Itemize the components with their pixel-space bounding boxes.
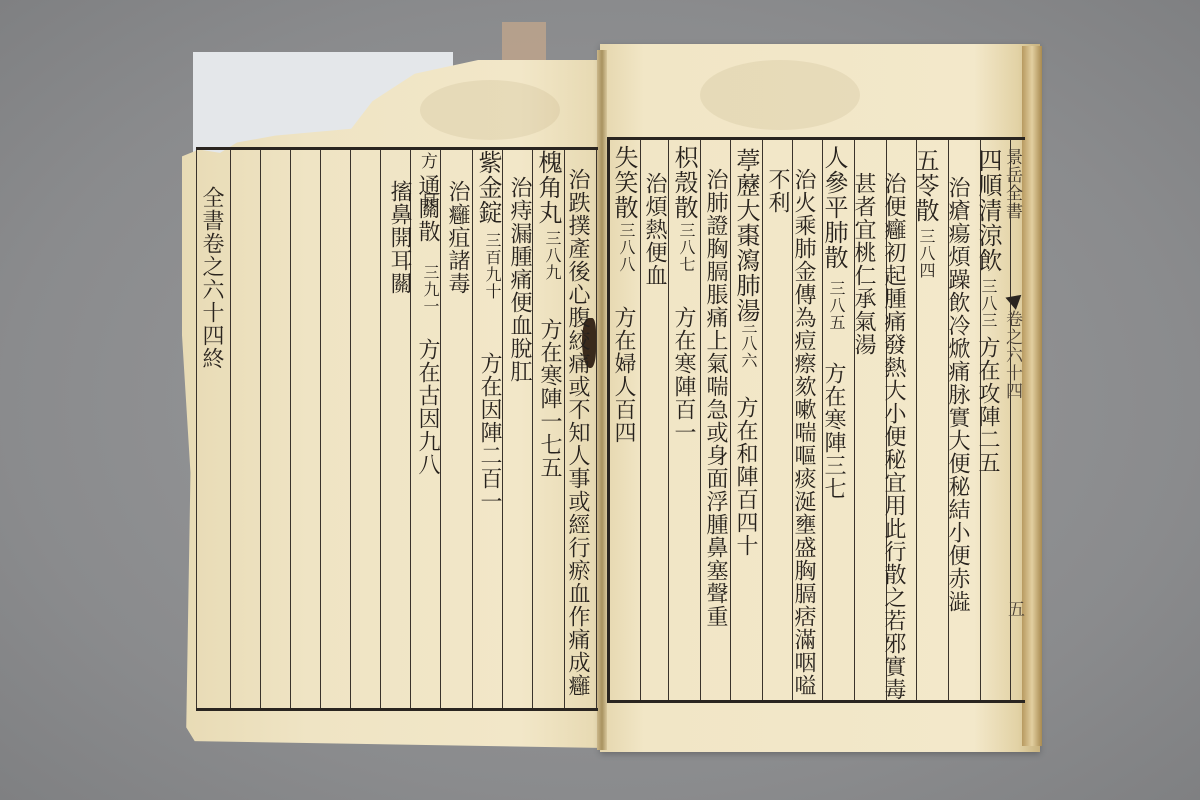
left-col-4-number: 三百九十 bbox=[484, 232, 500, 300]
right-col-11-ref: 方在寒陣百一 bbox=[672, 306, 694, 444]
left-margin-title: 全書卷之六十四終 bbox=[200, 186, 222, 370]
right-col-11-number: 三八七 bbox=[678, 222, 694, 273]
left-col-4-ref: 方在因陣二百一 bbox=[478, 352, 500, 513]
right-col-3-number: 三八四 bbox=[918, 228, 934, 279]
right-col-8: 不利 bbox=[766, 168, 788, 214]
right-col-6-title: 人參平肺散 bbox=[822, 145, 846, 270]
right-col-6-ref: 方在寒陣三七 bbox=[822, 362, 844, 500]
right-col-1-title: 四順清涼飲 bbox=[976, 148, 1000, 273]
right-margin-title: 景岳全書 bbox=[1003, 148, 1020, 220]
right-col-12: 治煩熱便血 bbox=[643, 172, 665, 287]
right-col-9-title: 葶藶大棗瀉肺湯 bbox=[734, 148, 758, 323]
left-col-5: 治癰疽諸毒 bbox=[446, 180, 468, 295]
right-col-6-number: 三八五 bbox=[828, 280, 844, 331]
right-col-9-number: 三八六 bbox=[740, 318, 756, 369]
left-col-6-number: 三九一 bbox=[422, 264, 438, 315]
right-col-9-ref: 方在和陣百四十 bbox=[734, 396, 756, 557]
right-col-2: 治瘡瘍煩躁飲冷焮痛脉實大便秘結小便赤澁 bbox=[946, 176, 968, 613]
right-col-10: 治肺證胸膈脹痛上氣喘急或身面浮腫鼻塞聲重 bbox=[704, 168, 726, 628]
right-col-5: 甚者宜桃仁承氣湯 bbox=[852, 172, 874, 356]
right-col-1-number: 三八三 bbox=[980, 278, 996, 329]
left-col-6-title: 通關散 bbox=[416, 174, 438, 243]
left-col-1: 治跌撲產後心腹絞痛或不知人事或經行瘀血作痛成癰 bbox=[566, 168, 588, 697]
right-col-13-ref: 方在婦人百四 bbox=[612, 306, 634, 444]
right-col-7: 治火乘肺金傳為痘瘵欬嗽喘嘔痰涎壅盛胸膈痞滿咽嗌 bbox=[792, 168, 814, 697]
right-col-3-title: 五苓散 bbox=[913, 148, 937, 223]
left-col-2-number: 三八九 bbox=[544, 230, 560, 281]
right-page-mark: 五 bbox=[1005, 600, 1022, 618]
right-col-1-ref: 方在攻陣二五 bbox=[976, 336, 998, 474]
right-col-11-title: 枳殼散 bbox=[672, 145, 696, 220]
left-col-7: 搐鼻開耳關 bbox=[388, 180, 410, 295]
right-col-13-title: 失笑散 bbox=[612, 145, 636, 220]
left-col-6-ref: 方在古因九八 bbox=[416, 338, 438, 476]
left-col-2-ref: 方在寒陣一七五 bbox=[538, 318, 560, 479]
left-col-3: 治痔漏腫痛便血脫肛 bbox=[508, 176, 530, 383]
paper-stain bbox=[420, 80, 560, 140]
page-stack-edge bbox=[1022, 46, 1042, 746]
left-col-4-title: 紫金錠 bbox=[476, 150, 500, 225]
right-col-4: 治便癰初起腫痛發熱大小便秘宜用此行散之若邪實毒 bbox=[882, 172, 904, 701]
right-col-13-number: 三八八 bbox=[618, 222, 634, 273]
paper-stain bbox=[700, 60, 860, 130]
right-fish-tail-label: 卷之六十四 bbox=[1003, 310, 1020, 400]
left-col-2-title: 槐角丸 bbox=[536, 150, 560, 225]
book-gutter bbox=[597, 50, 607, 750]
